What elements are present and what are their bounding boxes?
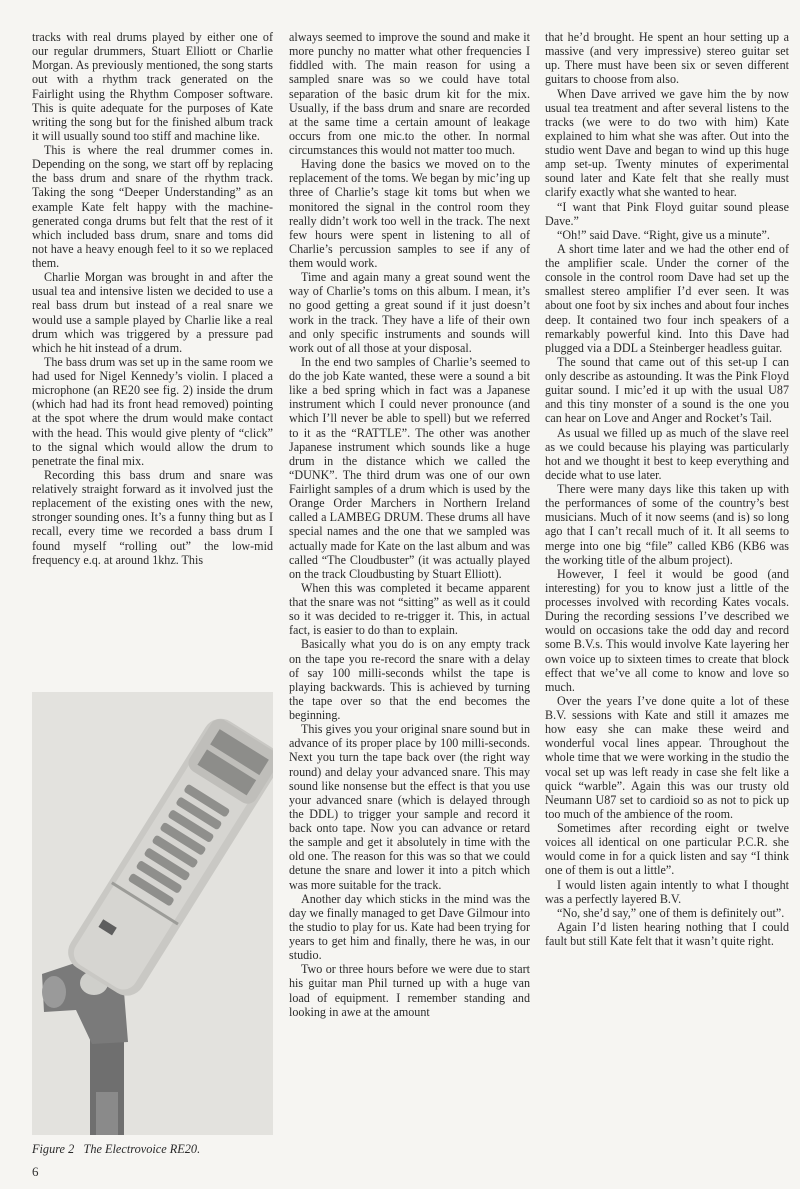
paragraph: There were many days like this taken up …	[545, 482, 789, 567]
paragraph: Another day which sticks in the mind was…	[289, 892, 530, 963]
paragraph: Having done the basics we moved on to th…	[289, 157, 530, 270]
paragraph: Sometimes after recording eight or twelv…	[545, 821, 789, 878]
microphone-photo-icon	[32, 692, 273, 1135]
paragraph: Two or three hours before we were due to…	[289, 962, 530, 1019]
paragraph: Time and again many a great sound went t…	[289, 270, 530, 355]
paragraph: “No, she’d say,” one of them is definite…	[545, 906, 789, 920]
paragraph: When Dave arrived we gave him the by now…	[545, 87, 789, 200]
paragraph: The sound that came out of this set-up I…	[545, 355, 789, 426]
paragraph: “Oh!” said Dave. “Right, give us a minut…	[545, 228, 789, 242]
paragraph: However, I feel it would be good (and in…	[545, 567, 789, 694]
paragraph: I would listen again intently to what I …	[545, 878, 789, 906]
figure-caption: Figure 2 The Electrovoice RE20.	[32, 1142, 200, 1157]
page-number: 6	[32, 1164, 39, 1180]
figure-title: The Electrovoice RE20.	[83, 1142, 200, 1156]
paragraph: This gives you your original snare sound…	[289, 722, 530, 892]
column-3: that he’d brought. He spent an hour sett…	[545, 30, 789, 948]
figure-microphone-photo	[32, 692, 273, 1135]
paragraph: “I want that Pink Floyd guitar sound ple…	[545, 200, 789, 228]
paragraph: Basically what you do is on any empty tr…	[289, 637, 530, 722]
paragraph: A short time later and we had the other …	[545, 242, 789, 355]
figure-label: Figure 2	[32, 1142, 74, 1156]
paragraph: Recording this bass drum and snare was r…	[32, 468, 273, 567]
paragraph: Over the years I’ve done quite a lot of …	[545, 694, 789, 821]
paragraph: The bass drum was set up in the same roo…	[32, 355, 273, 468]
paragraph: tracks with real drums played by either …	[32, 30, 273, 143]
paragraph: This is where the real drummer comes in.…	[32, 143, 273, 270]
paragraph: that he’d brought. He spent an hour sett…	[545, 30, 789, 87]
paragraph: Charlie Morgan was brought in and after …	[32, 270, 273, 355]
column-1: tracks with real drums played by either …	[32, 30, 273, 567]
paragraph: When this was completed it became appare…	[289, 581, 530, 638]
paragraph: always seemed to improve the sound and m…	[289, 30, 530, 157]
paragraph: Again I’d listen hearing nothing that I …	[545, 920, 789, 948]
paragraph: In the end two samples of Charlie’s seem…	[289, 355, 530, 581]
column-2: always seemed to improve the sound and m…	[289, 30, 530, 1019]
paragraph: As usual we filled up as much of the sla…	[545, 426, 789, 483]
